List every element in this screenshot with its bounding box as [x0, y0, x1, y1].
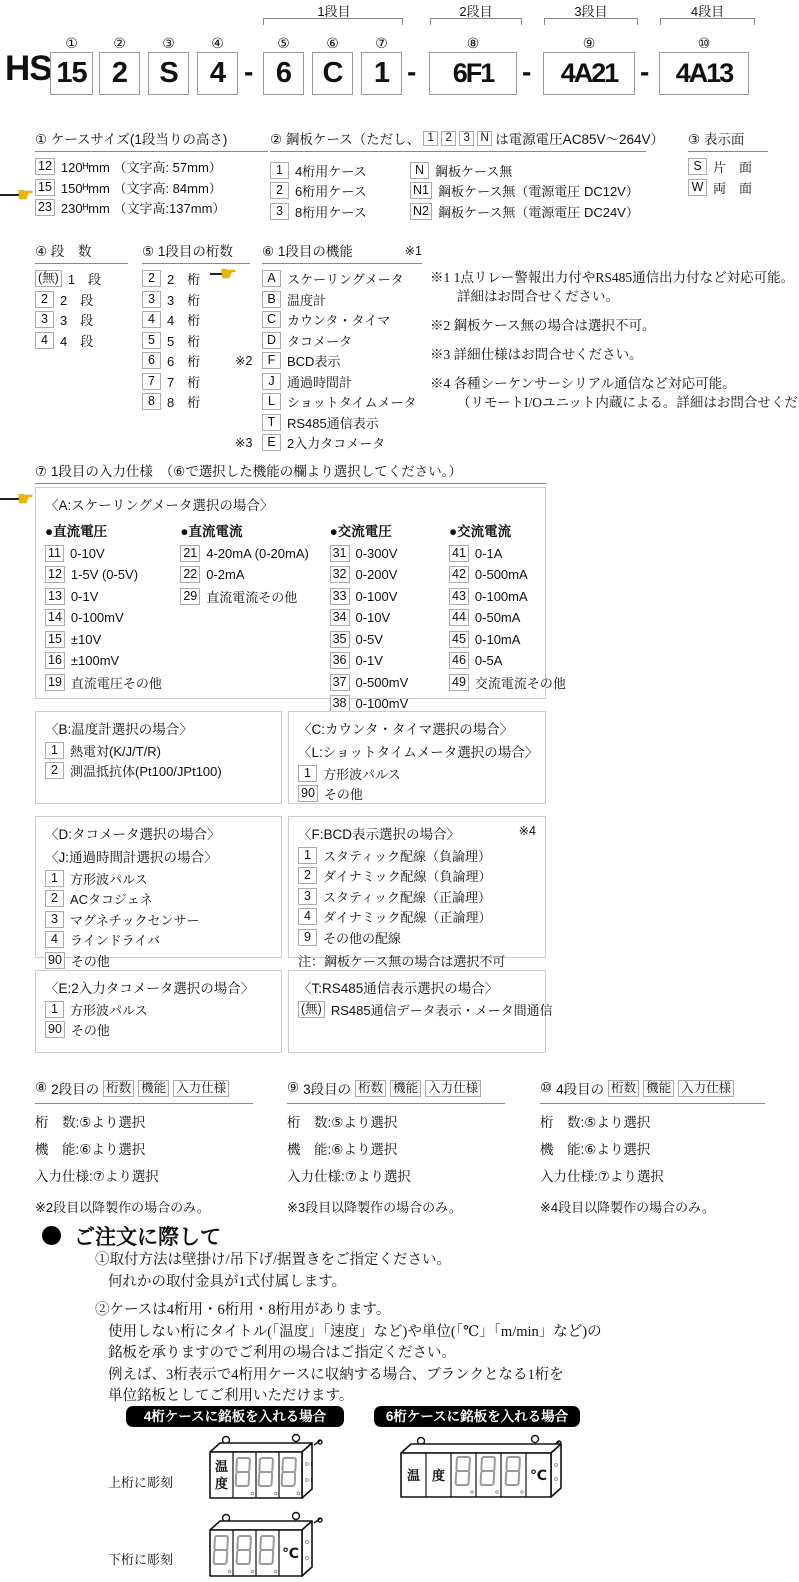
segment-number: ⑧	[429, 34, 517, 52]
section-stage2: ⑧2段目の桁数機能入力仕様 桁 数:⑤より選択 機 能:⑥より選択 入力仕様:⑦…	[35, 1078, 253, 1216]
option-code: 21	[180, 545, 200, 562]
column-dc-voltage: ●直流電圧 110-10V 121-5V (0-5V) 130-1V 140-1…	[45, 517, 180, 738]
option-row: 220-2mA	[180, 566, 329, 583]
segment-code: 1	[361, 52, 402, 95]
option-code: 44	[449, 609, 469, 626]
stage-bracket-4	[660, 18, 755, 25]
option-label: 鋼板ケース無（電源電圧 DC24V）	[438, 202, 639, 221]
option-label: タコメータ	[287, 331, 352, 350]
option-label: 0-500mA	[475, 567, 528, 582]
option-label: マグネチックセンサー	[70, 910, 199, 929]
note-line: （リモートI/Oユニット内蔵による。詳細はお問合せください。）	[430, 393, 799, 412]
option-label: 0-300V	[356, 546, 398, 561]
title-code: 機能	[390, 1080, 421, 1097]
option-label: その他の配線	[323, 928, 401, 947]
model-segment-3: ③S	[148, 34, 189, 95]
segment-number: ⑩	[659, 34, 749, 52]
option-label: 直流電流その他	[206, 587, 297, 606]
option-row: Dタコメータ	[262, 332, 422, 349]
option-code: 5	[142, 332, 161, 349]
option-row: 16±100mV	[45, 652, 180, 669]
option-label: 0-50mA	[475, 610, 521, 625]
option-row: 1熱電対(K/J/T/R)	[45, 742, 272, 759]
stage-bracket-1	[263, 18, 403, 25]
title-note: ※1	[405, 243, 422, 258]
option-row: 1方形波パルス	[45, 870, 272, 887]
order-paragraph-2: ②ケースは4桁用・6桁用・8桁用があります。 使用しない桁にタイトル(「温度」「…	[95, 1300, 602, 1408]
option-code: 4	[142, 311, 161, 328]
option-code: 9	[298, 929, 317, 946]
option-row: 330-100V	[330, 588, 449, 605]
option-code: 2	[45, 762, 64, 779]
option-code: 90	[45, 1021, 65, 1038]
option-row: 410-1A	[449, 545, 536, 562]
option-label: 0-100mA	[475, 589, 528, 604]
option-label: BCD表示	[287, 351, 340, 370]
option-row: 9その他の配線	[298, 929, 536, 946]
column-header: ●交流電圧	[330, 520, 449, 540]
option-label: 0-100mV	[71, 610, 124, 625]
segment-number: ⑨	[543, 34, 635, 52]
option-label: 120ᴴmm （文字高: 57mm）	[61, 157, 222, 176]
section-title: ⑧2段目の桁数機能入力仕様	[35, 1078, 253, 1104]
option-label: 鋼板ケース無（電源電圧 DC12V）	[438, 181, 639, 200]
option-label: 片 面	[713, 157, 752, 176]
title-code: 2	[441, 131, 456, 146]
segment-number: ①	[50, 34, 93, 52]
option-label: 0-10V	[356, 610, 391, 625]
option-label: 2 桁	[167, 269, 200, 288]
option-code: 3	[270, 203, 289, 220]
input-spec-box-a: 〈A:スケーリングメータ選択の場合〉 ●直流電圧 110-10V 121-5V …	[35, 487, 546, 699]
option-label: 150ᴴmm （文字高: 84mm）	[61, 178, 222, 197]
option-row: 121-5V (0-5V)	[45, 566, 180, 583]
option-label: 5 桁	[167, 331, 200, 350]
option-code: D	[262, 332, 281, 349]
pointer-hand-icon	[210, 264, 237, 284]
option-row: 360-1V	[330, 652, 449, 669]
option-row: 460-5A	[449, 652, 536, 669]
title-code: 1	[423, 131, 438, 146]
segment-code: 4	[197, 52, 238, 95]
option-row: Aスケーリングメータ	[262, 270, 422, 287]
option-row: 44 桁	[142, 311, 250, 328]
option-code: 2	[142, 270, 161, 287]
option-code: B	[262, 291, 281, 308]
section-stage4: ⑩4段目の桁数機能入力仕様 桁 数:⑤より選択 機 能:⑥より選択 入力仕様:⑦…	[540, 1078, 765, 1216]
option-row: ※2FBCD表示	[262, 352, 422, 369]
section-note: ※2段目以降製作の場合のみ。	[35, 1197, 253, 1216]
model-segment-2: ②2	[99, 34, 140, 95]
option-code: 1	[270, 162, 289, 179]
option-row: 90その他	[45, 1021, 272, 1038]
pointer-hand-icon	[0, 489, 34, 509]
option-row: N2鋼板ケース無（電源電圧 DC24V）	[410, 203, 639, 220]
select-row: 入力仕様:⑦より選択	[540, 1165, 765, 1185]
option-code: 12	[35, 158, 55, 175]
option-label: カウンタ・タイマ	[287, 310, 390, 329]
option-code: 23	[35, 199, 55, 216]
title-text: は電源電圧AC85V～264V）	[495, 128, 664, 148]
column-dc-current: ●直流電流 214-20mA (0-20mA) 220-2mA 29直流電流その…	[180, 517, 329, 738]
option-code: 15	[45, 631, 65, 648]
option-row: 1方形波パルス	[45, 1001, 272, 1018]
option-label: 2 段	[60, 290, 93, 309]
option-row: (無)1 段	[35, 270, 128, 287]
option-code: S	[688, 158, 707, 175]
title-code: 桁数	[608, 1080, 639, 1097]
option-code: 1	[298, 765, 317, 782]
segment-code: 4A21	[543, 52, 635, 95]
option-row: 420-500mA	[449, 566, 536, 583]
title-text: 2段目の	[51, 1078, 99, 1098]
section-title: ⑦ 1段目の入力仕様 （⑥で選択した機能の欄より選択してください。）	[35, 460, 546, 484]
option-code: N2	[410, 203, 432, 220]
option-row: 4ラインドライバ	[45, 931, 272, 948]
option-label: その他	[71, 1020, 110, 1039]
model-segment-4: ④4	[197, 34, 238, 95]
input-spec-box-e: 〈E:2入力タコメータ選択の場合〉 1方形波パルス 90その他	[35, 970, 282, 1053]
section-title: ④ 段 数	[35, 240, 128, 264]
title-code: 機能	[643, 1080, 674, 1097]
label-engrave-lower: 下桁に彫刻	[108, 1549, 173, 1568]
option-label: 4 桁	[167, 310, 200, 329]
option-code: F	[262, 352, 281, 369]
model-separator: -	[522, 56, 531, 88]
section-display-face: ③ 表示面 S片 面 W両 面	[688, 128, 768, 199]
option-label: ダイナミック配線（正論理）	[323, 907, 491, 926]
unit-plate-char: ℃	[282, 1545, 299, 1561]
option-code: 8	[142, 393, 161, 410]
order-line: 何れかの取付金具が1式付属します。	[95, 1272, 451, 1294]
option-label: 0-500mV	[356, 675, 409, 690]
option-label: 3 段	[60, 310, 93, 329]
option-row: 3スタティック配線（正論理）	[298, 888, 536, 905]
title-plate-char: 温	[407, 1468, 420, 1483]
section-stage-count: ④ 段 数 (無)1 段 22 段 33 段 44 段	[35, 240, 128, 352]
option-code: 45	[449, 631, 469, 648]
segment-code: 6	[263, 52, 304, 95]
model-segment-1: ①15	[50, 34, 93, 95]
option-label: 両 面	[713, 178, 752, 197]
option-row: 14桁用ケース	[270, 162, 410, 179]
model-segment-7: ⑦1	[361, 34, 402, 95]
segment-number: ⑦	[361, 34, 402, 52]
order-line: ①取付方法は壁掛け/吊下げ/据置きをご指定ください。	[95, 1250, 451, 1272]
note-line: ※1 1点リレー警報出力付やRS485通信出力付など対応可能。	[430, 270, 794, 285]
pointer-hand-icon	[0, 185, 34, 205]
display-case-4digit-title: 温 度	[190, 1432, 330, 1516]
option-label: 0-100mV	[356, 696, 409, 711]
section-function: ⑥ 1段目の機能※1 Aスケーリングメータ B温度計 Cカウンタ・タイマ Dタコ…	[262, 240, 422, 455]
option-row: 49交流電流その他	[449, 674, 536, 691]
option-code: 31	[330, 545, 350, 562]
column-header: ●直流電流	[180, 520, 329, 540]
stage-bracket-2	[430, 18, 522, 25]
option-label: 8桁用ケース	[295, 202, 367, 221]
option-label: ラインドライバ	[70, 930, 160, 949]
column-ac-current: ●交流電流 410-1A 420-500mA 430-100mA 440-50m…	[449, 517, 536, 738]
select-row: 機 能:⑥より選択	[540, 1138, 765, 1158]
option-code: 19	[45, 674, 65, 691]
option-label: 0-10mA	[475, 632, 521, 647]
option-code: 36	[330, 652, 350, 669]
title-text: ⑩	[540, 1080, 552, 1096]
title-code: 3	[459, 131, 474, 146]
option-label: ACタコジェネ	[70, 889, 153, 908]
option-label: 交流電流その他	[475, 673, 566, 692]
option-row: 15150ᴴmm （文字高: 84mm）	[35, 179, 268, 196]
segment-number: ⑤	[263, 34, 304, 52]
order-line: 使用しない桁にタイトル(「温度」「速度」など)や単位(「℃」「m/min」など)…	[95, 1322, 602, 1344]
option-row: 430-100mA	[449, 588, 536, 605]
option-label: 測温抵抗体(Pt100/JPt100)	[70, 761, 222, 780]
column-header: ●直流電圧	[45, 520, 180, 540]
option-code: 6	[142, 352, 161, 369]
section-title: ⑩4段目の桁数機能入力仕様	[540, 1078, 765, 1104]
title-text: 3段目の	[303, 1078, 351, 1098]
option-row: 55 桁	[142, 332, 250, 349]
option-row: 19直流電圧その他	[45, 674, 180, 691]
subsection-heading: 〈A:スケーリングメータ選択の場合〉	[45, 494, 536, 514]
title-code: 入力仕様	[425, 1080, 481, 1097]
select-row: 入力仕様:⑦より選択	[35, 1165, 253, 1185]
segment-number: ②	[99, 34, 140, 52]
model-segment-6: ⑥C	[312, 34, 353, 95]
option-code: 46	[449, 652, 469, 669]
section-title: ⑨3段目の桁数機能入力仕様	[287, 1078, 505, 1104]
option-code: 49	[449, 674, 469, 691]
option-label: その他	[71, 951, 110, 970]
option-label: ±10V	[71, 632, 101, 647]
option-code: J	[262, 373, 281, 390]
option-label: スケーリングメータ	[287, 269, 404, 288]
option-code: 2	[45, 890, 64, 907]
heading-text: 〈F:BCD表示選択の場合〉	[298, 823, 460, 843]
option-row: 44 段	[35, 332, 128, 349]
input-spec-box-dj: 〈D:タコメータ選択の場合〉 〈J:通過時間計選択の場合〉 1方形波パルス 2A…	[35, 816, 282, 958]
option-label: RS485通信データ表示・メータ間通信	[331, 1000, 553, 1019]
option-row: 3マグネチックセンサー	[45, 911, 272, 928]
select-row: 機 能:⑥より選択	[287, 1138, 505, 1158]
option-row: 340-10V	[330, 609, 449, 626]
option-row: 130-1V	[45, 588, 180, 605]
option-code: N1	[410, 182, 432, 199]
note-2: ※2 鋼板ケース無の場合は選択不可。	[430, 316, 799, 335]
option-label: ±100mV	[71, 653, 119, 668]
option-row: 66 桁	[142, 352, 250, 369]
option-row: 214-20mA (0-20mA)	[180, 545, 329, 562]
title-plate-char: 度	[432, 1468, 445, 1483]
option-row: 320-200V	[330, 566, 449, 583]
option-code: (無)	[298, 1001, 325, 1018]
option-row: 1スタティック配線（負論理）	[298, 847, 536, 864]
option-code: 35	[330, 631, 350, 648]
subsection-heading: 〈D:タコメータ選択の場合〉	[45, 823, 272, 843]
option-code: 29	[180, 588, 200, 605]
title-plate-char: 温	[215, 1459, 228, 1474]
select-row: 桁 数:⑤より選択	[287, 1111, 505, 1131]
option-row: 1方形波パルス	[298, 765, 536, 782]
option-code: C	[262, 311, 281, 328]
option-code: 1	[45, 870, 64, 887]
model-segment-9: ⑨4A21	[543, 34, 635, 95]
option-row: Cカウンタ・タイマ	[262, 311, 422, 328]
option-row: TRS485通信表示	[262, 414, 422, 431]
option-row: 33 桁	[142, 291, 250, 308]
option-row: 2ACタコジェネ	[45, 890, 272, 907]
option-code: 32	[330, 566, 350, 583]
option-row: N鋼板ケース無	[410, 162, 639, 179]
option-code: 3	[298, 888, 317, 905]
option-label: 方形波パルス	[70, 869, 148, 888]
segment-number: ⑥	[312, 34, 353, 52]
section-note: ※4段目以降製作の場合のみ。	[540, 1197, 765, 1216]
option-code: N	[410, 162, 429, 179]
option-code: 37	[330, 674, 350, 691]
option-row: 90その他	[45, 952, 272, 969]
title-text: ⑧	[35, 1080, 47, 1096]
option-code: 3	[45, 911, 64, 928]
option-code: 2	[270, 182, 289, 199]
segment-number: ③	[148, 34, 189, 52]
option-label: 0-100V	[356, 589, 398, 604]
title-code: 入力仕様	[173, 1080, 229, 1097]
section-title: ① ケースサイズ(1段当りの高さ)	[35, 128, 268, 152]
section-input-spec: ⑦ 1段目の入力仕様 （⑥で選択した機能の欄より選択してください。）	[35, 460, 546, 490]
title-plate-char: 度	[215, 1476, 228, 1491]
catalog-page: 1段目 2段目 3段目 4段目 HS ①15 ②2 ③S ④4 ⑤6 ⑥C ⑦1…	[0, 0, 799, 1582]
option-label: スタティック配線（負論理）	[323, 846, 491, 865]
option-row: 380-100mV	[330, 695, 449, 712]
title-text: ② 鋼板ケース（ただし、	[270, 128, 420, 148]
option-row: 310-300V	[330, 545, 449, 562]
badge-6digit-case: 6桁ケースに銘板を入れる場合	[374, 1406, 580, 1427]
subsection-heading: 〈T:RS485通信表示選択の場合〉	[298, 977, 536, 997]
select-row: 入力仕様:⑦より選択	[287, 1165, 505, 1185]
option-label: 0-2mA	[206, 567, 244, 582]
display-case-6digit: 温 度 ℃	[383, 1433, 573, 1513]
option-label: 0-5A	[475, 653, 502, 668]
note-3: ※3 詳細仕様はお問合せください。	[430, 345, 799, 364]
model-segment-10: ⑩4A13	[659, 34, 749, 95]
model-separator: -	[244, 56, 253, 88]
option-row: 440-50mA	[449, 609, 536, 626]
option-code: 12	[45, 566, 65, 583]
option-row: 88 桁	[142, 393, 250, 410]
input-spec-box-cl: 〈C:カウンタ・タイマ選択の場合〉 〈L:ショットタイムメータ選択の場合〉 1方…	[288, 711, 546, 804]
option-code: 41	[449, 545, 469, 562]
bullet-icon	[42, 1226, 61, 1245]
option-code: 11	[45, 545, 64, 562]
option-code: 13	[45, 588, 65, 605]
title-text: ⑨	[287, 1080, 299, 1096]
note-line: ※2 鋼板ケース無の場合は選択不可。	[430, 318, 655, 333]
select-row: 機 能:⑥より選択	[35, 1138, 253, 1158]
option-code: 42	[449, 566, 469, 583]
unit-plate-char: ℃	[530, 1467, 547, 1483]
option-row: Lショットタイムメータ	[262, 393, 422, 410]
section-title: ⑤ 1段目の桁数	[142, 240, 250, 264]
note-4: ※4 各種シーケンサーシリアル通信など対応可能。（リモートI/Oユニット内蔵によ…	[430, 374, 799, 412]
option-code: 4	[298, 908, 317, 925]
option-row: B温度計	[262, 291, 422, 308]
option-label: 6桁用ケース	[295, 181, 367, 200]
option-label: RS485通信表示	[287, 413, 379, 432]
column-header: ●交流電流	[449, 520, 536, 540]
option-code: 22	[180, 566, 200, 583]
option-label: 2入力タコメータ	[287, 433, 385, 452]
input-spec-box-f: 〈F:BCD表示選択の場合〉※4 1スタティック配線（負論理） 2ダイナミック配…	[288, 816, 546, 958]
option-label: ダイナミック配線（負論理）	[323, 866, 491, 885]
label-engrave-upper: 上桁に彫刻	[108, 1472, 173, 1491]
option-label: 7 桁	[167, 372, 200, 391]
option-label: 直流電圧その他	[71, 673, 162, 692]
order-paragraph-1: ①取付方法は壁掛け/吊下げ/据置きをご指定ください。 何れかの取付金具が1式付属…	[95, 1250, 451, 1293]
option-label: 0-1V	[356, 653, 383, 668]
option-row: 26桁用ケース	[270, 182, 410, 199]
option-code: 7	[142, 373, 161, 390]
title-text: ⑥ 1段目の機能	[262, 240, 353, 260]
option-code: 2	[35, 291, 54, 308]
segment-number: ④	[197, 34, 238, 52]
option-code: A	[262, 270, 281, 287]
option-label: その他	[324, 784, 363, 803]
model-separator: -	[640, 56, 649, 88]
note-1: ※1 1点リレー警報出力付やRS485通信出力付など対応可能。詳細はお問合せくだ…	[430, 268, 799, 306]
option-row: 350-5V	[330, 631, 449, 648]
option-row: 2測温抵抗体(Pt100/JPt100)	[45, 762, 272, 779]
option-code: 14	[45, 609, 65, 626]
segment-code: 6F1	[429, 52, 517, 95]
option-code: 1	[298, 847, 317, 864]
note-line: ※3 詳細仕様はお問合せください。	[430, 347, 643, 362]
notes-block: ※1 1点リレー警報出力付やRS485通信出力付など対応可能。詳細はお問合せくだ…	[430, 268, 799, 422]
option-row: 38桁用ケース	[270, 203, 410, 220]
order-section-title: ご注文に際して	[74, 1221, 221, 1251]
option-code: 38	[330, 695, 350, 712]
option-row: (無)RS485通信データ表示・メータ間通信	[298, 1001, 536, 1018]
option-row: 4ダイナミック配線（正論理）	[298, 908, 536, 925]
order-line: 銘板を承りますのでご利用の場合はご指定ください。	[95, 1343, 602, 1365]
note-line: ※4 各種シーケンサーシリアル通信など対応可能。	[430, 376, 736, 391]
option-code: 2	[298, 867, 317, 884]
option-row: ※3E2入力タコメータ	[262, 434, 422, 451]
select-row: 桁 数:⑤より選択	[35, 1111, 253, 1131]
option-code: 16	[45, 652, 65, 669]
option-code: W	[688, 179, 707, 196]
option-code: L	[262, 393, 281, 410]
option-code: 43	[449, 588, 469, 605]
title-code: 桁数	[103, 1080, 134, 1097]
option-code: 1	[45, 742, 64, 759]
option-row: 77 桁	[142, 373, 250, 390]
option-code: 4	[45, 931, 64, 948]
option-row: N1鋼板ケース無（電源電圧 DC12V）	[410, 182, 639, 199]
option-label: 4桁用ケース	[295, 161, 367, 180]
title-code: N	[477, 131, 492, 146]
option-label: 1 段	[68, 269, 101, 288]
section-stage3: ⑨3段目の桁数機能入力仕様 桁 数:⑤より選択 機 能:⑥より選択 入力仕様:⑦…	[287, 1078, 505, 1216]
select-row: 桁 数:⑤より選択	[540, 1111, 765, 1131]
option-label: 0-1A	[475, 546, 502, 561]
section-title: ② 鋼板ケース（ただし、123Nは電源電圧AC85V～264V）	[270, 128, 646, 152]
column-ac-voltage: ●交流電圧 310-300V 320-200V 330-100V 340-10V…	[330, 517, 449, 738]
option-row: W両 面	[688, 179, 768, 196]
option-label: スタティック配線（正論理）	[323, 887, 491, 906]
option-label: 方形波パルス	[70, 1000, 148, 1019]
title-text: 4段目の	[556, 1078, 604, 1098]
